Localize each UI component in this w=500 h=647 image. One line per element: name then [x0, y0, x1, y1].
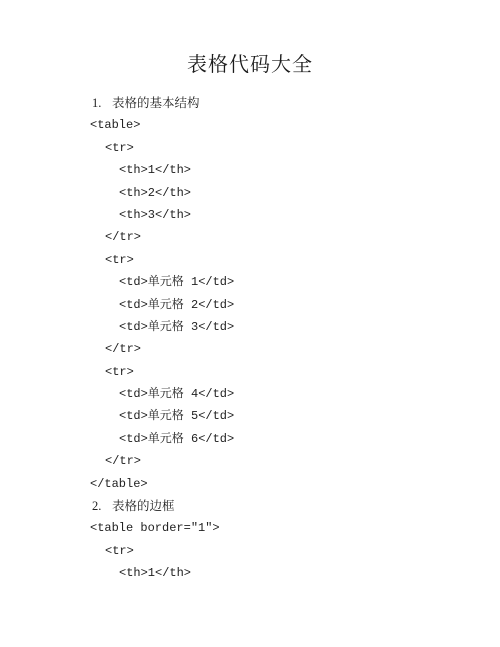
code-line: <th>1</th>: [90, 159, 500, 181]
code-line: <table>: [90, 114, 500, 136]
code-line: <td>单元格 5</td>: [90, 405, 500, 427]
document-title: 表格代码大全: [0, 50, 500, 80]
code-line: </tr>: [90, 338, 500, 360]
code-line: <th>2</th>: [90, 182, 500, 204]
list-number: 1.: [90, 92, 112, 114]
code-line: </tr>: [90, 450, 500, 472]
code-line: <tr>: [90, 361, 500, 383]
code-line: <td>单元格 3</td>: [90, 316, 500, 338]
section-heading-text: 表格的基本结构: [112, 96, 200, 110]
list-number: 2.: [90, 495, 112, 517]
section-heading-text: 表格的边框: [112, 499, 175, 513]
code-line: <table border=″1″>: [90, 517, 500, 539]
code-line: <tr>: [90, 249, 500, 271]
code-line: <td>单元格 6</td>: [90, 428, 500, 450]
code-line: <th>1</th>: [90, 562, 500, 584]
section-1-heading: 1.表格的基本结构: [90, 92, 500, 114]
code-line: <td>单元格 4</td>: [90, 383, 500, 405]
document-body: 1.表格的基本结构 <table> <tr> <th>1</th> <th>2<…: [0, 92, 500, 585]
code-line: <td>单元格 1</td>: [90, 271, 500, 293]
document-page: 表格代码大全 1.表格的基本结构 <table> <tr> <th>1</th>…: [0, 0, 500, 647]
code-line: </table>: [90, 473, 500, 495]
code-line: <td>单元格 2</td>: [90, 294, 500, 316]
code-line: <th>3</th>: [90, 204, 500, 226]
code-line: <tr>: [90, 137, 500, 159]
section-2-heading: 2.表格的边框: [90, 495, 500, 517]
code-line: </tr>: [90, 226, 500, 248]
code-line: <tr>: [90, 540, 500, 562]
